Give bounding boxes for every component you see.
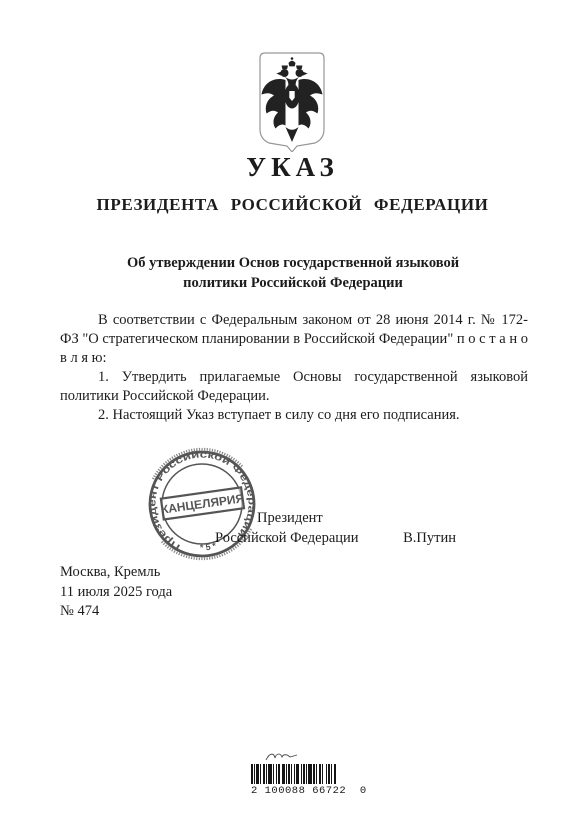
paragraph-preamble: В соответствии с Федеральным законом от … [60,311,528,368]
signature-block: Президент Российской Федерации В.Путин [215,509,456,548]
paragraph-item-1: 1. Утвердить прилагаемые Основы государс… [60,368,528,406]
round-stamp-icon: Президент Российской Федерации * 5 * КАН… [125,427,279,581]
barcode-bars [251,764,361,784]
chancellery-stamp: Президент Российской Федерации * 5 * КАН… [125,427,279,581]
signer-title-line1: Президент [257,509,456,529]
decree-subtitle: ПРЕЗИДЕНТА РОССИЙСКОЙ ФЕДЕРАЦИИ [0,193,585,217]
decree-body: В соответствии с Федеральным законом от … [60,311,528,425]
registration-barcode: 2 100088 66722 0 [251,750,361,797]
barcode-digits: 2 100088 66722 0 [251,785,361,797]
decree-title: УКАЗ [0,150,585,184]
decree-number: № 474 [60,602,172,622]
signer-name: В.Путин [403,529,456,549]
issue-place: Москва, Кремль [60,563,172,583]
paragraph-item-2: 2. Настоящий Указ вступает в силу со дня… [60,406,528,425]
coat-of-arms [255,50,329,152]
document-subject-title: Об утверждении Основ государственной язы… [60,253,526,293]
signer-title-text: Российской Федерации [215,529,359,549]
signer-title-line2: Российской Федерации В.Путин [215,529,456,549]
issue-details-block: Москва, Кремль 11 июля 2025 года № 474 [60,563,172,622]
handwritten-mark-icon [263,750,301,763]
decree-document-page: УКАЗ ПРЕЗИДЕНТА РОССИЙСКОЙ ФЕДЕРАЦИИ Об … [0,0,585,827]
issue-date: 11 июля 2025 года [60,583,172,603]
double-headed-eagle-icon [255,50,329,152]
